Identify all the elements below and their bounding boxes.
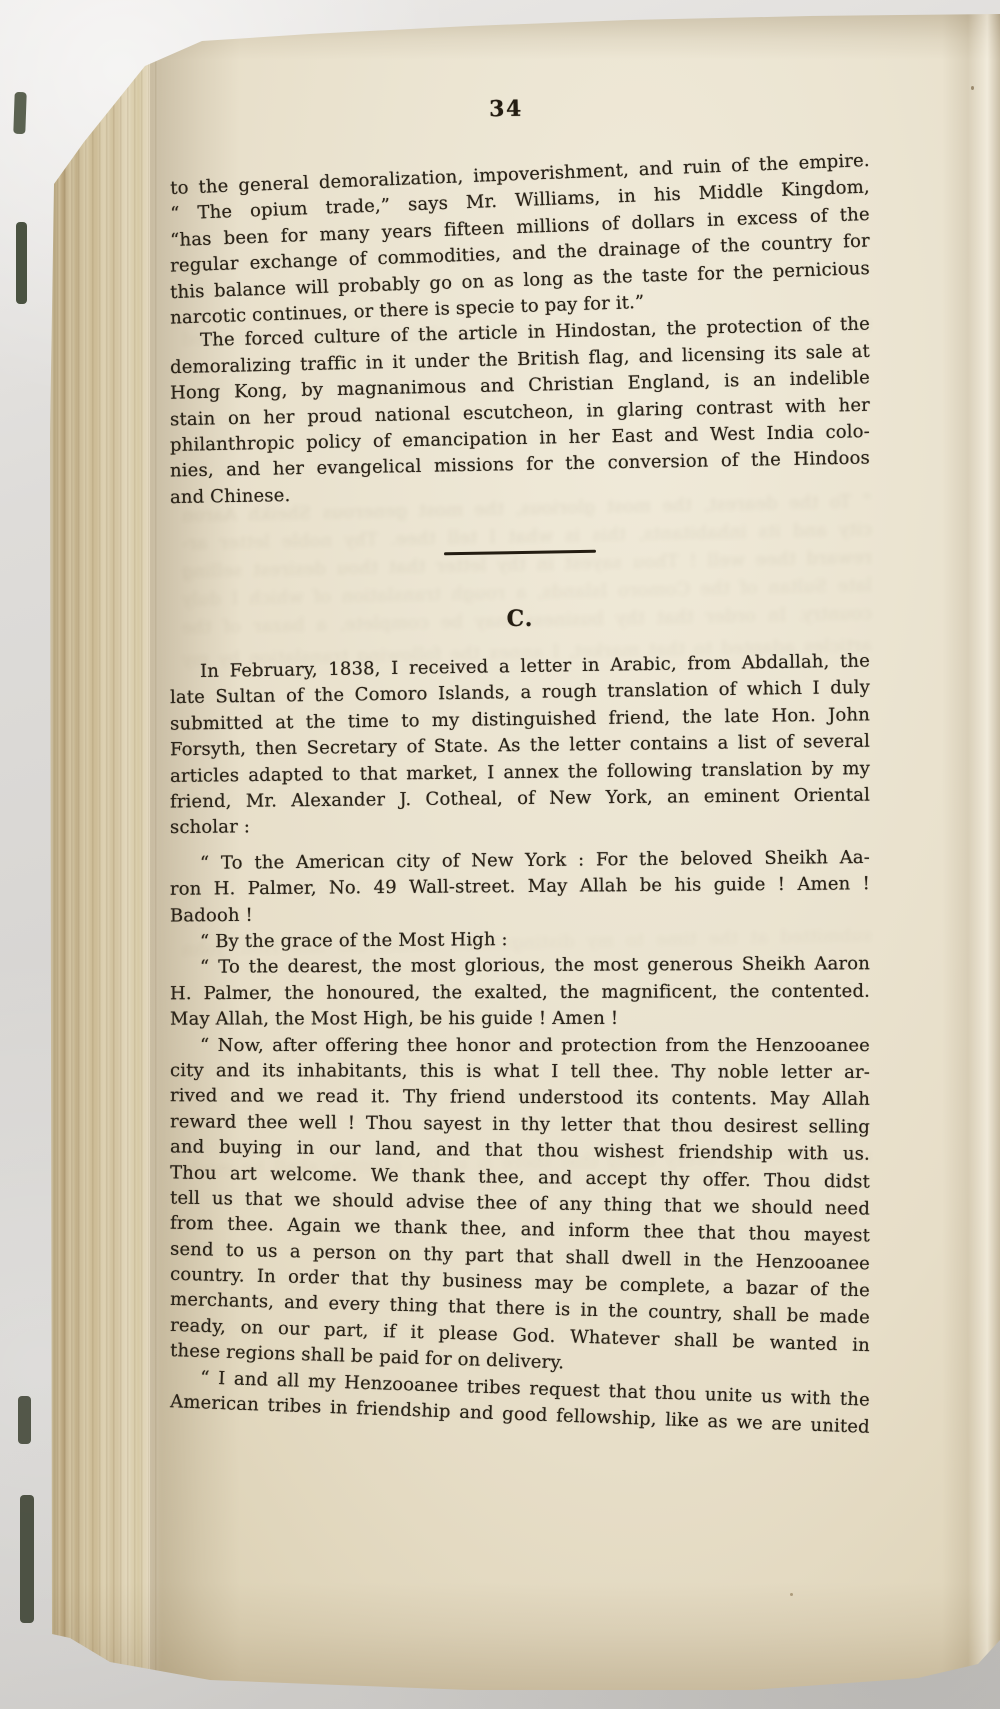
page-curl-highlight (942, 14, 1000, 1692)
paragraph: The forced culture of the article in Hin… (170, 320, 870, 505)
text-line: scholar : (170, 809, 870, 841)
text-line: H. Palmer, the honoured, the exalted, th… (170, 979, 870, 1008)
text-line: city and its inhabitants, this is what I… (170, 1058, 870, 1086)
text-line: “ Now, after offering thee honor and pro… (170, 1033, 870, 1059)
paragraph: to the general demoralization, impoveris… (170, 162, 870, 320)
paper-speck (971, 86, 974, 90)
bottom-edge-shadow (50, 1582, 1000, 1692)
book-cover-edge (16, 222, 27, 304)
text-line: May Allah, the Most High, be his guide !… (170, 1006, 870, 1034)
book-photo: “ To the dearest, the most glorious, the… (0, 0, 1000, 1709)
paragraph: “ I and all my Henzooanee tribes request… (170, 1376, 870, 1429)
paragraph: “ To the American city of New York : For… (170, 848, 870, 927)
text-line: rived and we read it. Thy friend underst… (170, 1083, 870, 1113)
paragraph: In February, 1838, I received a letter i… (170, 654, 870, 839)
page-edge-streaks (50, 14, 160, 1692)
paragraph: “ Now, after offering thee honor and pro… (170, 1033, 870, 1376)
section-divider (444, 550, 596, 556)
page-body: to the general demoralization, impoveris… (170, 162, 870, 1428)
book-cover-edge (13, 92, 26, 134)
paper-speck (268, 446, 272, 450)
text-line: “ To the dearest, the most glorious, the… (170, 952, 870, 982)
book-cover-edge (18, 1396, 31, 1444)
paper-speck (790, 1593, 793, 1596)
book-cover-edge (20, 1495, 34, 1623)
paragraph: “ By the grace of the Most High : (170, 927, 870, 953)
section-heading: C. (170, 604, 870, 634)
paragraph: “ To the dearest, the most glorious, the… (170, 953, 870, 1032)
top-edge-shadow (50, 14, 1000, 60)
